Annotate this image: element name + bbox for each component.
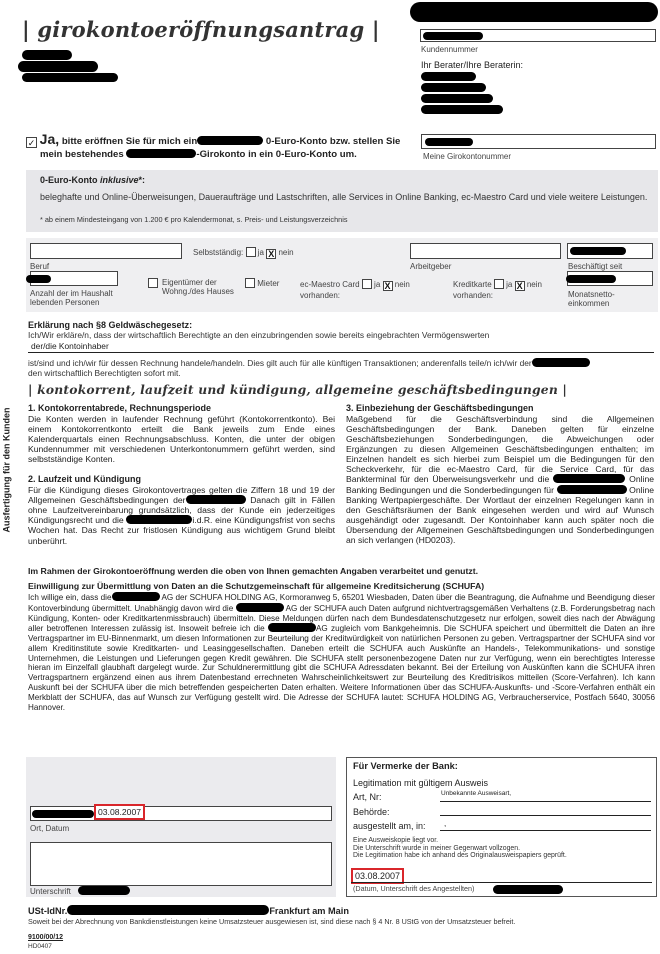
schufa-text: Ich willige ein, dass die AG der SCHUFA … <box>28 592 655 712</box>
gwg-line3: den wirtschaftlich Berechtigten sofort m… <box>28 369 181 379</box>
bank-art-label: Art, Nr: <box>353 792 382 803</box>
customer-number-label: Kundennummer <box>421 45 478 54</box>
mieter-checkbox[interactable] <box>245 278 255 288</box>
advisor-label: Ihr Berater/Ihre Beraterin: <box>421 60 523 71</box>
ort-datum-label: Ort, Datum <box>30 824 69 833</box>
unterschrift-label: Unterschrift <box>30 887 71 896</box>
bank-legit: Legitimation mit gültigem Ausweis <box>353 778 488 789</box>
redacted-ort <box>32 810 94 818</box>
eigentuemer-checkbox[interactable] <box>148 278 158 288</box>
ort-datum-date: 03.08.2007 <box>94 804 145 820</box>
redacted-bank-name-gwg <box>532 358 590 367</box>
inclusive-title: 0-Euro-Konto inklusive*: <box>40 175 145 186</box>
redacted-advisor-3 <box>421 94 493 103</box>
bank-title: Für Vermerke der Bank: <box>353 761 458 772</box>
side-label: Ausfertigung für den Kunden <box>0 390 14 550</box>
form-number: 9100/00/12 <box>28 934 63 942</box>
schufa-intro: Im Rahmen der Girokontoeröffnung werden … <box>28 566 478 576</box>
redacted-inline <box>112 592 160 601</box>
redacted-advisor-1 <box>421 72 476 81</box>
offer-line1-b: 0-Euro-Konto bzw. stellen Sie <box>266 136 401 147</box>
eigentuemer-group: Eigentümer derWohng./des Hauses <box>148 278 234 297</box>
redacted-inline <box>268 623 316 632</box>
gwg-filled[interactable]: der/die Kontoinhaber <box>31 342 109 352</box>
account-number-field[interactable] <box>421 134 656 149</box>
offer-checkbox[interactable]: ✓ <box>26 137 37 148</box>
page-title: | girokontoeröffnungsantrag | <box>22 18 380 43</box>
bank-sig-label: (Datum, Unterschrift des Angestellten) <box>353 885 474 893</box>
selbststaendig-ja-checkbox[interactable] <box>246 247 256 257</box>
redacted-inline <box>557 485 627 494</box>
gwg-line1: Ich/Wir erkläre/n, dass der wirtschaftli… <box>28 331 489 341</box>
redacted-bank-name <box>22 50 72 60</box>
ausgestellt-line <box>440 830 651 831</box>
netto-label: Monatsnetto-einkommen <box>568 290 615 309</box>
netto-field[interactable] <box>567 271 653 286</box>
redacted-inline <box>236 603 284 612</box>
terms-column-right: 3. Einbeziehung der Geschäftsbedingungen… <box>346 403 654 545</box>
unterschrift-field[interactable] <box>30 842 332 886</box>
selbststaendig-group: Selbstständig: ja X nein <box>193 247 294 259</box>
beruf-field[interactable] <box>30 243 182 259</box>
redacted-bank-name-inline <box>197 136 263 145</box>
redacted-advisor-2 <box>421 83 486 92</box>
bank-art-value[interactable]: Unbekannte Ausweisart, <box>441 790 511 798</box>
offer-line1-a: bitte eröffnen Sie für mich ein <box>62 136 197 147</box>
customer-number-field[interactable] <box>420 29 656 42</box>
offer-line2-a: mein bestehendes <box>40 149 124 160</box>
redacted-beschaeftigt-seit <box>570 247 626 255</box>
kredit-nein-checkbox[interactable]: X <box>515 281 525 291</box>
ec-ja-checkbox[interactable] <box>362 279 372 289</box>
redacted-inline <box>186 495 246 504</box>
redacted-bank-address <box>18 61 98 72</box>
beschaeftigt-seit-field[interactable] <box>567 243 653 259</box>
kredit-ja-checkbox[interactable] <box>494 279 504 289</box>
personen-label: Anzahl der im Haushaltlebenden Personen <box>30 289 113 308</box>
redacted-ust <box>67 905 269 915</box>
account-number-label: Meine Girokontonummer <box>423 152 511 161</box>
gwg-fill-line <box>28 352 654 353</box>
offer-block: ✓ Ja, bitte eröffnen Sie für mich ein 0-… <box>26 131 416 160</box>
mieter-group: Mieter <box>245 278 279 288</box>
redacted-customer-number <box>423 32 483 40</box>
behoerde-line <box>440 815 651 816</box>
ort-datum-field[interactable]: 03.08.2007 <box>30 806 332 821</box>
offer-line2-b: -Girokonto in ein 0-Euro-Konto um. <box>196 149 356 160</box>
s2-title: 2. Laufzeit und Kündigung <box>28 474 335 485</box>
redacted-bank-name-inline-2 <box>126 149 196 158</box>
redacted-employee-name <box>493 885 563 894</box>
redacted-account-number <box>425 138 473 146</box>
terms-column-left: 1. Kontokorrentabrede, Rechnungsperiode … <box>28 403 335 546</box>
selbststaendig-nein-checkbox[interactable]: X <box>266 249 276 259</box>
redacted-inline <box>553 474 625 483</box>
personen-field[interactable] <box>30 271 118 286</box>
ec-nein-checkbox[interactable]: X <box>383 281 393 291</box>
form-code: HD0407 <box>28 943 52 951</box>
bank-sig-line <box>351 882 652 883</box>
offer-ja: Ja, <box>40 131 59 147</box>
ust-line: USt-IdNr.Frankfurt am Main <box>28 905 349 917</box>
redacted-signature-name <box>78 886 130 895</box>
arbeitgeber-field[interactable] <box>410 243 561 259</box>
redacted-bank-city <box>22 73 118 82</box>
bank-notes: Eine Ausweiskopie liegt vor. Die Untersc… <box>353 837 567 860</box>
ec-card-group: ec-Maestro Card ja X nein vorhanden: <box>300 279 410 300</box>
terms-section-title: | kontokorrent, laufzeit und kündigung, … <box>28 383 567 398</box>
s1-title: 1. Kontokorrentabrede, Rechnungsperiode <box>28 403 335 414</box>
redacted-advisor-4 <box>421 105 503 114</box>
s3-title: 3. Einbeziehung der Geschäftsbedingungen <box>346 403 654 414</box>
s2-text: Für die Kündigung dieses Girokontovertra… <box>28 485 335 546</box>
art-line <box>440 801 651 802</box>
bank-ausgestellt-value[interactable]: , <box>444 819 446 828</box>
bank-ausgestellt-label: ausgestellt am, in: <box>353 821 426 832</box>
redacted-personen <box>26 275 51 283</box>
kreditkarte-group: Kreditkarte ja X nein vorhanden: <box>453 279 542 300</box>
bank-behoerde-label: Behörde: <box>353 807 390 818</box>
s1-text: Die Konten werden in laufender Rechnung … <box>28 414 335 465</box>
inclusive-footnote: * ab einem Mindesteingang von 1.200 € pr… <box>40 216 347 225</box>
schufa-title: Einwilligung zur Übermittlung von Daten … <box>28 581 484 591</box>
redacted-inline <box>126 515 192 524</box>
arbeitgeber-label: Arbeitgeber <box>410 262 451 271</box>
redacted-netto <box>566 275 616 283</box>
s3-text: Maßgebend für die Geschäftsverbindung si… <box>346 414 654 546</box>
redacted-header-block <box>410 2 658 22</box>
tax-note: Soweit bei der Abrechnung von Bankdienst… <box>28 918 515 926</box>
inclusive-text: beleghafte und Online-Überweisungen, Dau… <box>40 192 652 204</box>
